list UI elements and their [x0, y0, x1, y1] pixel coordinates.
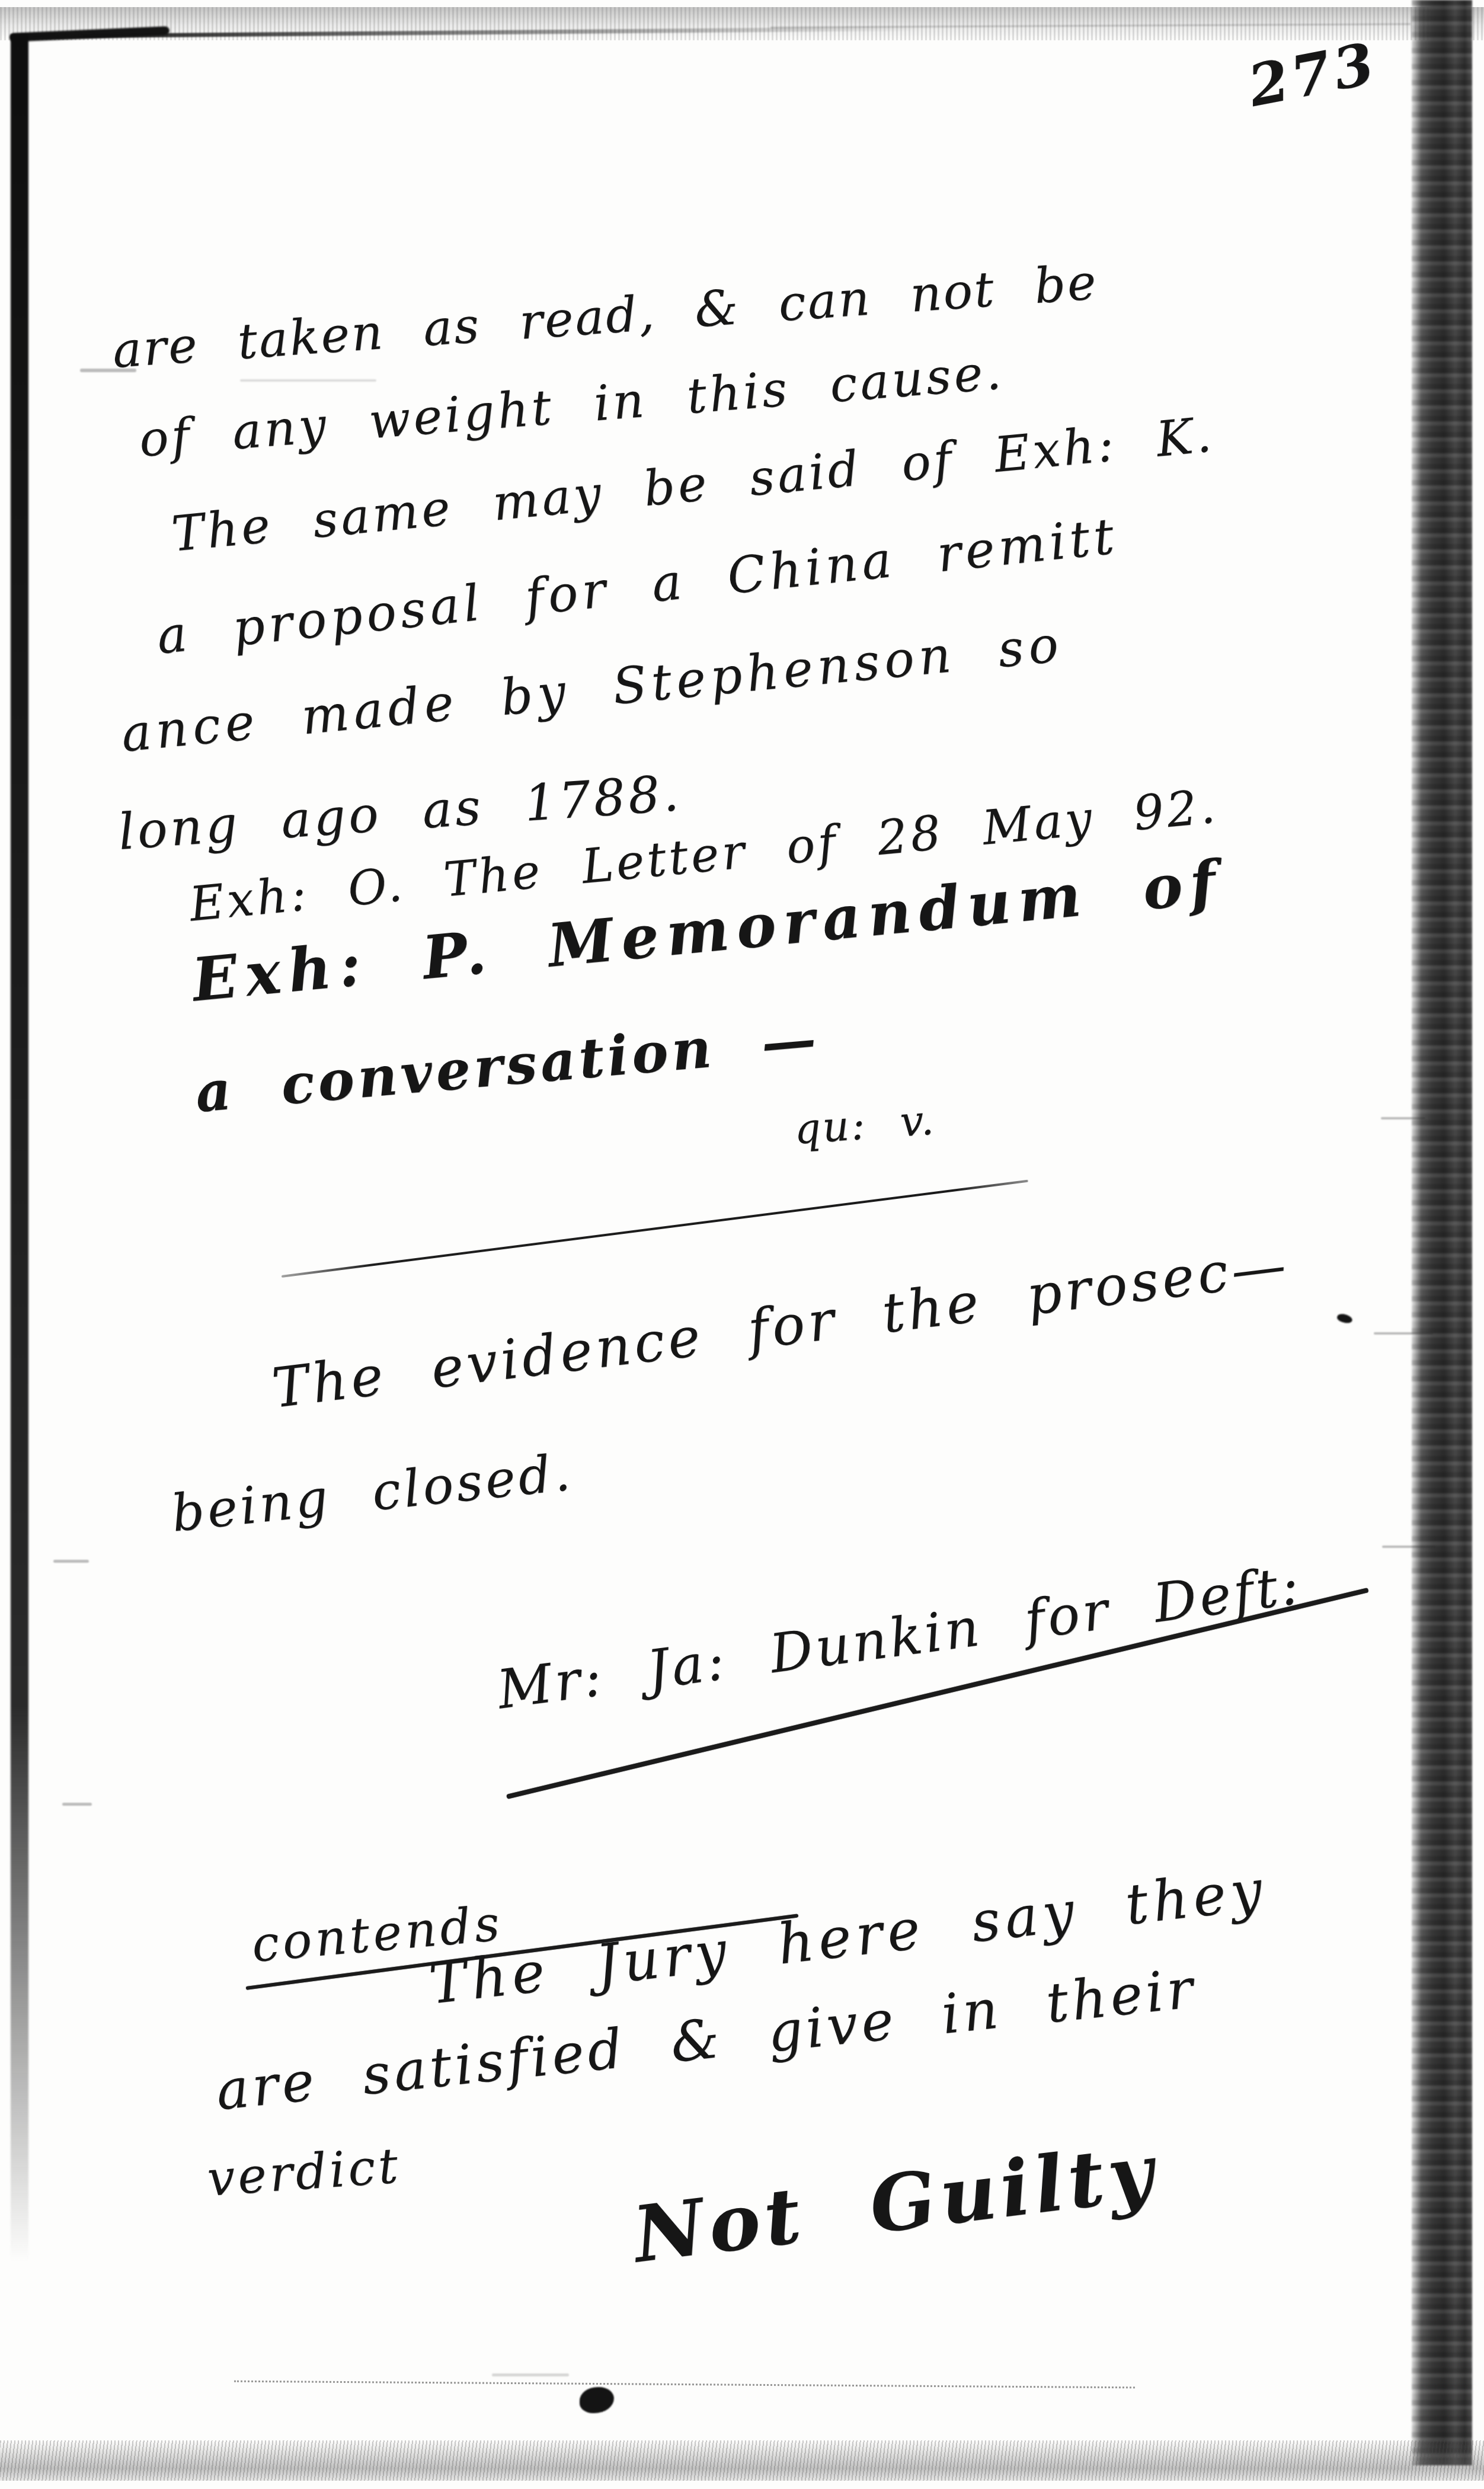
pencil-smudge — [240, 379, 376, 382]
manuscript-line: being closed. — [169, 1442, 576, 1544]
manuscript-line: a conversation — — [193, 1006, 822, 1125]
manuscript-line: qu: v. — [792, 1095, 937, 1153]
ink-mark — [1336, 1312, 1353, 1325]
left-margin-fold-line — [11, 34, 28, 2263]
pencil-smudge — [1381, 1117, 1425, 1119]
bottom-speck-row — [234, 2381, 1135, 2389]
verdict-text: Not Guilty — [629, 2126, 1163, 2280]
bottom-edge-scan-noise — [0, 2440, 1484, 2481]
pencil-smudge — [1374, 1332, 1433, 1335]
ink-blob — [580, 2387, 614, 2413]
pencil-smudge — [62, 1803, 92, 1806]
binding-gutter-shadow — [1412, 0, 1472, 2465]
page-number: 273 — [1243, 29, 1383, 120]
manuscript-line: verdict — [206, 2138, 402, 2208]
manuscript-line: The evidence for the prosec— — [268, 1233, 1293, 1421]
pencil-smudge — [492, 2373, 569, 2376]
separator-rule — [282, 1180, 1028, 1278]
manuscript-line-struck: Mr: Ja: Dunkin for Deft: — [494, 1554, 1305, 1722]
pencil-smudge — [1382, 1546, 1435, 1548]
pencil-smudge — [80, 369, 136, 372]
scanned-page: 273 are taken as read, & can not be of a… — [0, 0, 1484, 2489]
pencil-smudge — [53, 1560, 89, 1563]
